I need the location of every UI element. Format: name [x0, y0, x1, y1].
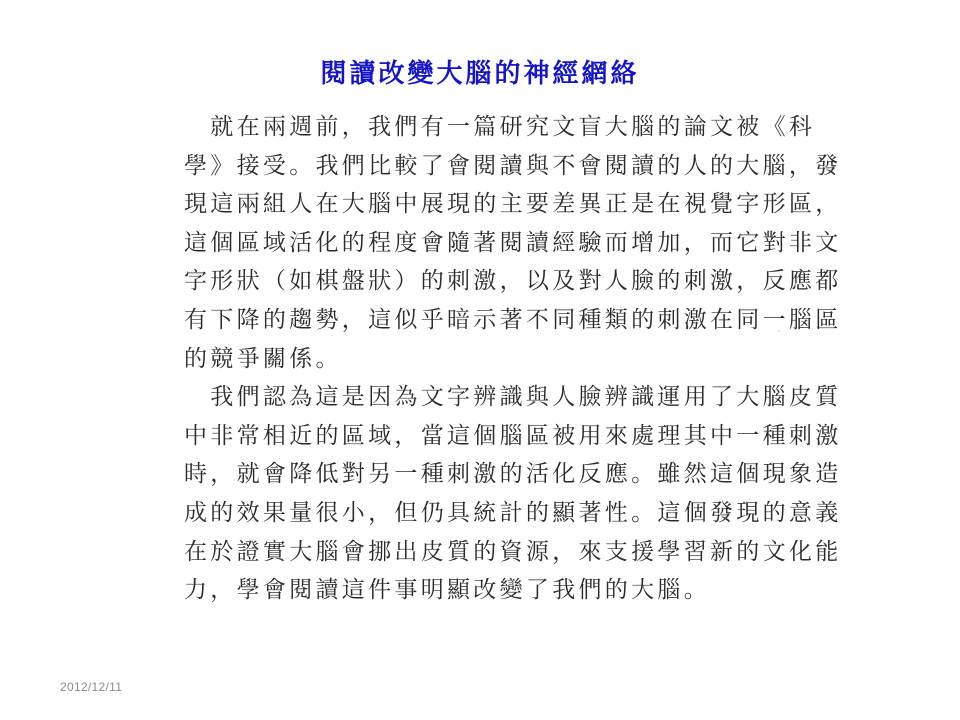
text-line: 現這兩組人在大腦中展現的主要差異正是在視覺字形區， [184, 185, 784, 224]
text-line: 成的效果量很小，但仍具統計的顯著性。這個發現的意義 [184, 494, 784, 533]
text-line: 就在兩週前，我們有一篇研究文盲大腦的論文被《科 [184, 108, 784, 147]
text-line: 時，就會降低對另一種刺激的活化反應。雖然這個現象造 [184, 455, 784, 494]
text-line: 學》接受。我們比較了會閱讀與不會閱讀的人的大腦，發 [184, 147, 784, 186]
text-line: 有下降的趨勢，這似乎暗示著不同種類的刺激在同一腦區 [184, 301, 784, 340]
text-line: 我們認為這是因為文字辨識與人臉辨識運用了大腦皮質 [184, 378, 784, 417]
text-line: 力，學會閱讀這件事明顯改變了我們的大腦。 [184, 571, 784, 610]
text-line: 中非常相近的區域，當這個腦區被用來處理其中一種刺激 [184, 417, 784, 456]
text-line: 這個區域活化的程度會隨著閱讀經驗而增加，而它對非文 [184, 224, 784, 263]
scanned-text-block: 就在兩週前，我們有一篇研究文盲大腦的論文被《科 學》接受。我們比較了會閱讀與不會… [184, 108, 784, 608]
slide-title: 閱讀改變大腦的神經網絡 [0, 56, 960, 92]
paragraph-1: 就在兩週前，我們有一篇研究文盲大腦的論文被《科 學》接受。我們比較了會閱讀與不會… [184, 108, 784, 378]
scan-artifact [778, 330, 780, 332]
text-line: 在於證實大腦會挪出皮質的資源，來支援學習新的文化能 [184, 533, 784, 572]
text-line: 的競爭關係。 [184, 340, 784, 379]
text-line: 字形狀（如棋盤狀）的刺激，以及對人臉的刺激，反應都 [184, 262, 784, 301]
paragraph-2: 我們認為這是因為文字辨識與人臉辨識運用了大腦皮質 中非常相近的區域，當這個腦區被… [184, 378, 784, 610]
footer-date: 2012/12/11 [60, 680, 122, 694]
